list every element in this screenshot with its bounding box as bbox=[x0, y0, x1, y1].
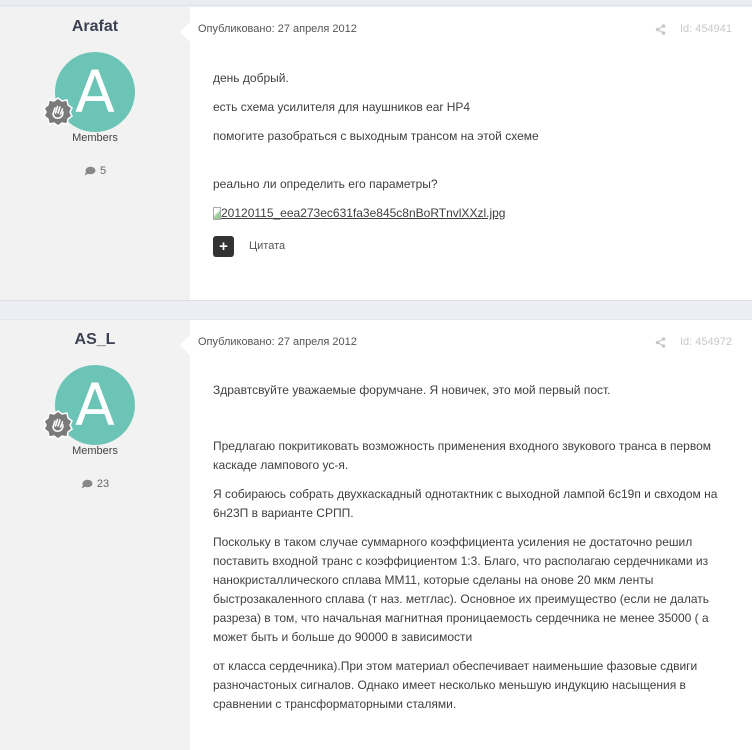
post-count-value: 23 bbox=[97, 478, 109, 490]
forum-post: Arafat A Members 5 Опубликовано: 27 апре… bbox=[0, 7, 752, 300]
author-name-link[interactable]: AS_L bbox=[0, 331, 190, 353]
top-edge bbox=[0, 0, 752, 6]
author-name-link[interactable]: Arafat bbox=[0, 18, 190, 40]
rank-badge-icon bbox=[43, 410, 73, 440]
comment-icon bbox=[84, 166, 96, 176]
broken-image-icon bbox=[213, 207, 221, 220]
quote-button[interactable]: Цитата bbox=[249, 237, 285, 256]
image-link[interactable]: 20120115_eea273ec631fa3e845c8nBoRTnvlXXz… bbox=[213, 204, 505, 223]
forum-post: AS_L A Members 23 Опубликовано: 27 апрел… bbox=[0, 320, 752, 750]
paragraph: есть схема усилителя для наушников ear H… bbox=[213, 98, 730, 117]
avatar-container[interactable]: A bbox=[55, 52, 135, 132]
author-panel: AS_L A Members 23 bbox=[0, 320, 190, 750]
paragraph: Я собираюсь собрать двухкаскадный однота… bbox=[213, 485, 730, 523]
post-count: 5 bbox=[0, 165, 190, 177]
paragraph: Здравтсвуйте уважаемые форумчане. Я нови… bbox=[213, 381, 730, 400]
author-panel: Arafat A Members 5 bbox=[0, 7, 190, 300]
post-id[interactable]: Id: 454972 bbox=[680, 336, 732, 348]
comment-icon bbox=[81, 479, 93, 489]
post-id[interactable]: Id: 454941 bbox=[680, 23, 732, 35]
published-date: Опубликовано: 27 апреля 2012 bbox=[198, 23, 357, 35]
post-content: Опубликовано: 27 апреля 2012 Id: 454941 … bbox=[190, 7, 752, 300]
share-icon[interactable] bbox=[655, 24, 666, 35]
member-group: Members bbox=[0, 445, 190, 461]
post-meta-right: Id: 454972 bbox=[655, 336, 732, 348]
paragraph: помогите разобраться с выходным трансом … bbox=[213, 127, 730, 146]
post-body: Здравтсвуйте уважаемые форумчане. Я нови… bbox=[213, 381, 730, 724]
post-body: день добрый. есть схема усилителя для на… bbox=[213, 69, 730, 257]
post-count: 23 bbox=[0, 478, 190, 490]
published-date: Опубликовано: 27 апреля 2012 bbox=[198, 336, 357, 348]
avatar-container[interactable]: A bbox=[55, 365, 135, 445]
quote-row: + Цитата bbox=[213, 236, 730, 257]
post-meta-right: Id: 454941 bbox=[655, 23, 732, 35]
post-content: Опубликовано: 27 апреля 2012 Id: 454972 … bbox=[190, 320, 752, 750]
rank-badge-icon bbox=[43, 97, 73, 127]
paragraph: Поскольку в таком случае суммарного коэф… bbox=[213, 533, 730, 647]
image-link-text: 20120115_eea273ec631fa3e845c8nBoRTnvlXXz… bbox=[221, 204, 505, 223]
post-count-value: 5 bbox=[100, 165, 106, 177]
paragraph: день добрый. bbox=[213, 69, 730, 88]
paragraph: реально ли определить его параметры? bbox=[213, 175, 730, 194]
member-group: Members bbox=[0, 132, 190, 148]
multiquote-plus-button[interactable]: + bbox=[213, 236, 234, 257]
paragraph: Предлагаю покритиковать возможность прим… bbox=[213, 437, 730, 475]
post-separator bbox=[0, 300, 752, 320]
share-icon[interactable] bbox=[655, 337, 666, 348]
paragraph: от класса сердечника).При этом материал … bbox=[213, 657, 730, 714]
